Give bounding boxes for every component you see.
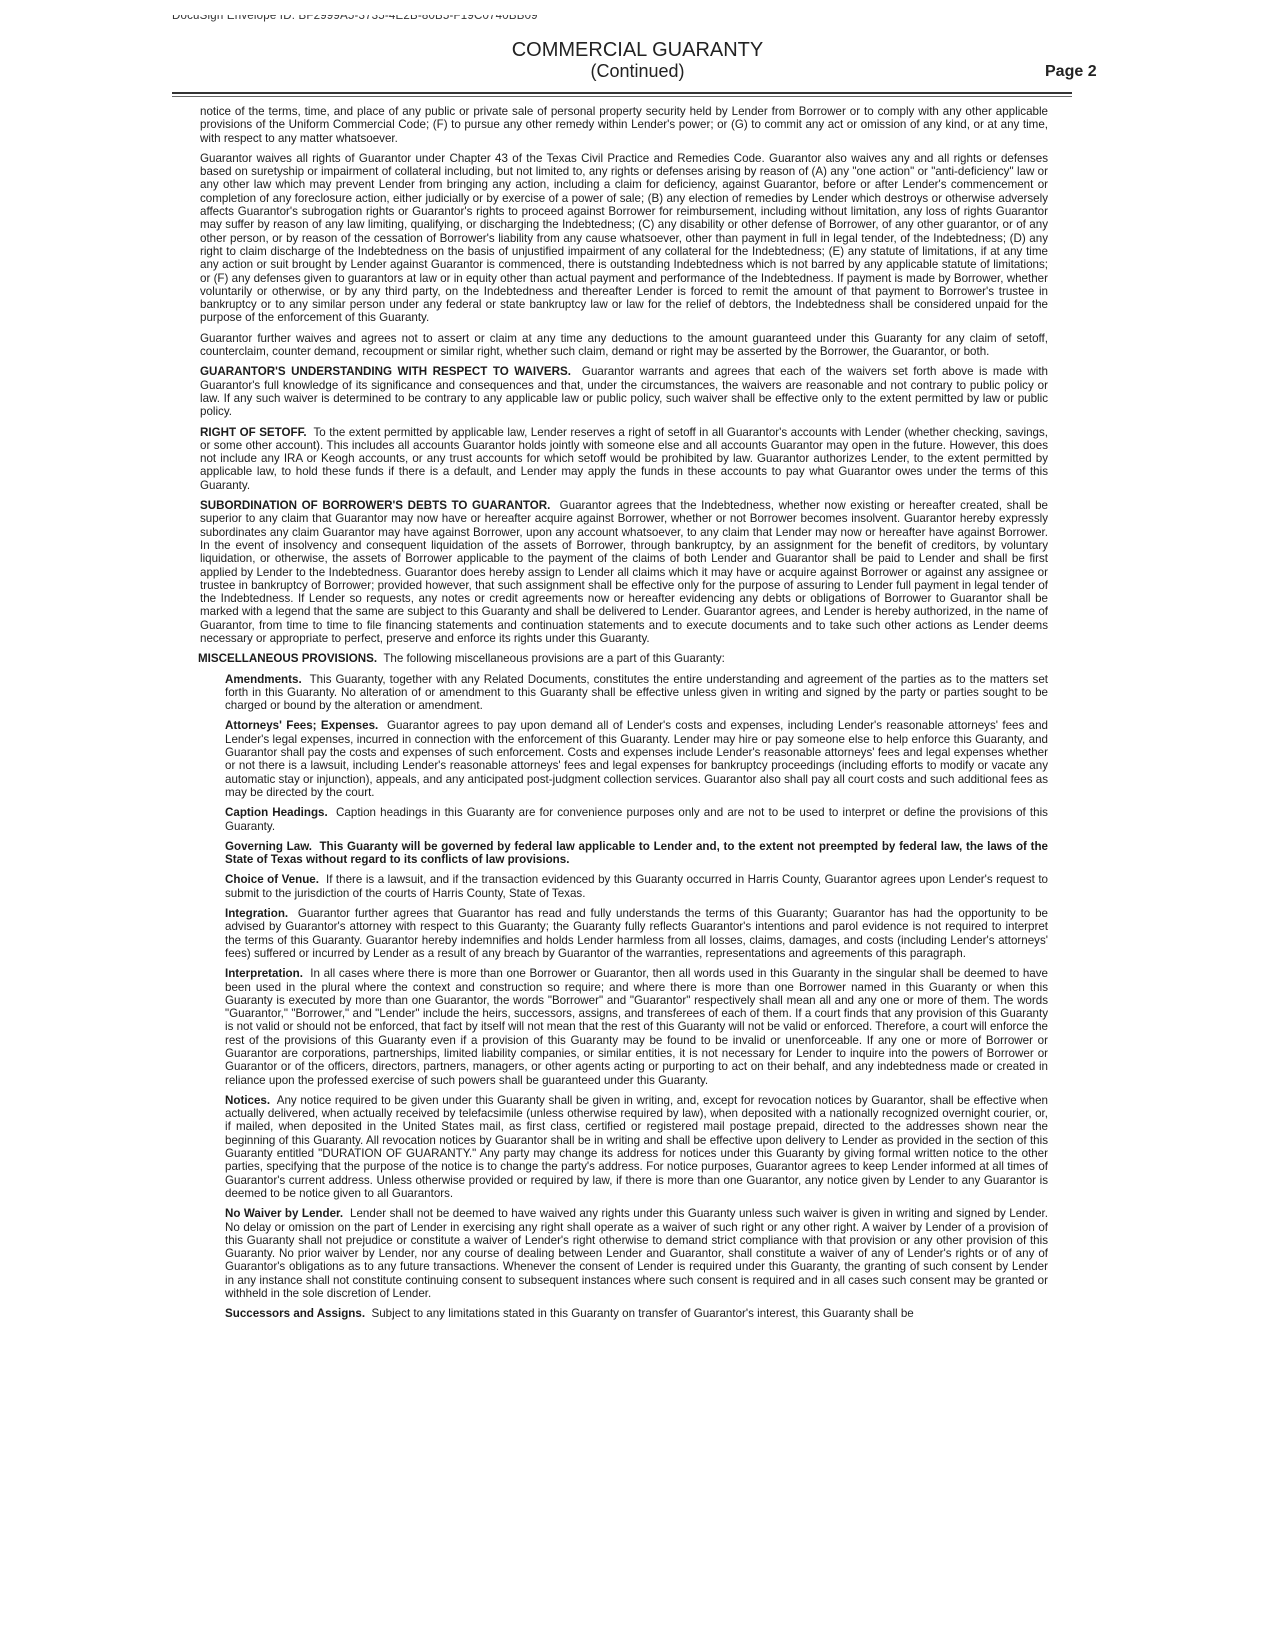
section-text: The following miscellaneous provisions a… [383,652,725,665]
provision-attorneys-fees: Attorneys' Fees; Expenses. Guarantor agr… [225,719,1048,799]
provision-heading: Governing Law. [225,840,312,853]
provision-choice-of-venue: Choice of Venue. If there is a lawsuit, … [225,873,1048,900]
paragraph-waivers: Guarantor waives all rights of Guarantor… [200,152,1048,325]
provision-text: If there is a lawsuit, and if the transa… [225,873,1048,899]
header-divider-thin [172,96,1072,97]
section-miscellaneous: MISCELLANEOUS PROVISIONS. The following … [198,652,1048,665]
section-understanding: GUARANTOR'S UNDERSTANDING WITH RESPECT T… [200,365,1048,418]
provision-text: In all cases where there is more than on… [225,967,1048,1086]
provision-heading: Amendments. [225,673,302,686]
provision-heading: Successors and Assigns. [225,1307,365,1320]
provision-heading: Attorneys' Fees; Expenses. [225,719,378,732]
provision-caption-headings: Caption Headings. Caption headings in th… [225,806,1048,833]
provision-text: Subject to any limitations stated in thi… [372,1307,914,1320]
header-divider [172,92,1072,94]
provision-interpretation: Interpretation. In all cases where there… [225,967,1048,1087]
provision-text: Caption headings in this Guaranty are fo… [225,806,1048,832]
provision-text: Any notice required to be given under th… [225,1094,1048,1200]
provision-integration: Integration. Guarantor further agrees th… [225,907,1048,960]
section-text: To the extent permitted by applicable la… [200,426,1048,492]
page-number: Page 2 [1045,63,1097,81]
provision-heading: No Waiver by Lender. [225,1207,343,1220]
section-heading: RIGHT OF SETOFF. [200,426,307,439]
provision-heading: Integration. [225,907,288,920]
provision-successors-assigns: Successors and Assigns. Subject to any l… [225,1307,1048,1320]
section-heading: MISCELLANEOUS PROVISIONS. [198,652,377,665]
provision-text: Lender shall not be deemed to have waive… [225,1207,1048,1300]
document-title: COMMERCIAL GUARANTY [0,40,1275,61]
provision-text: Guarantor further agrees that Guarantor … [225,907,1048,960]
envelope-id: DocuSign Envelope ID: BF2999A5-3735-4E2B… [172,10,538,22]
provision-amendments: Amendments. This Guaranty, together with… [225,673,1048,713]
provision-no-waiver: No Waiver by Lender. Lender shall not be… [225,1207,1048,1300]
document-body: notice of the terms, time, and place of … [200,105,1048,1328]
section-setoff: RIGHT OF SETOFF. To the extent permitted… [200,426,1048,492]
provision-heading: Notices. [225,1094,270,1107]
provision-text: This Guaranty will be governed by federa… [225,840,1048,866]
provision-heading: Choice of Venue. [225,873,319,886]
section-heading: GUARANTOR'S UNDERSTANDING WITH RESPECT T… [200,365,571,378]
section-subordination: SUBORDINATION OF BORROWER'S DEBTS TO GUA… [200,499,1048,645]
provision-heading: Interpretation. [225,967,303,980]
paragraph-deductions: Guarantor further waives and agrees not … [200,332,1048,359]
paragraph-continued: notice of the terms, time, and place of … [200,105,1048,145]
section-heading: SUBORDINATION OF BORROWER'S DEBTS TO GUA… [200,499,550,512]
section-text: Guarantor agrees that the Indebtedness, … [200,499,1048,645]
provision-text: This Guaranty, together with any Related… [225,673,1048,713]
provision-governing-law: Governing Law. This Guaranty will be gov… [225,840,1048,867]
provision-heading: Caption Headings. [225,806,328,819]
provision-notices: Notices. Any notice required to be given… [225,1094,1048,1200]
